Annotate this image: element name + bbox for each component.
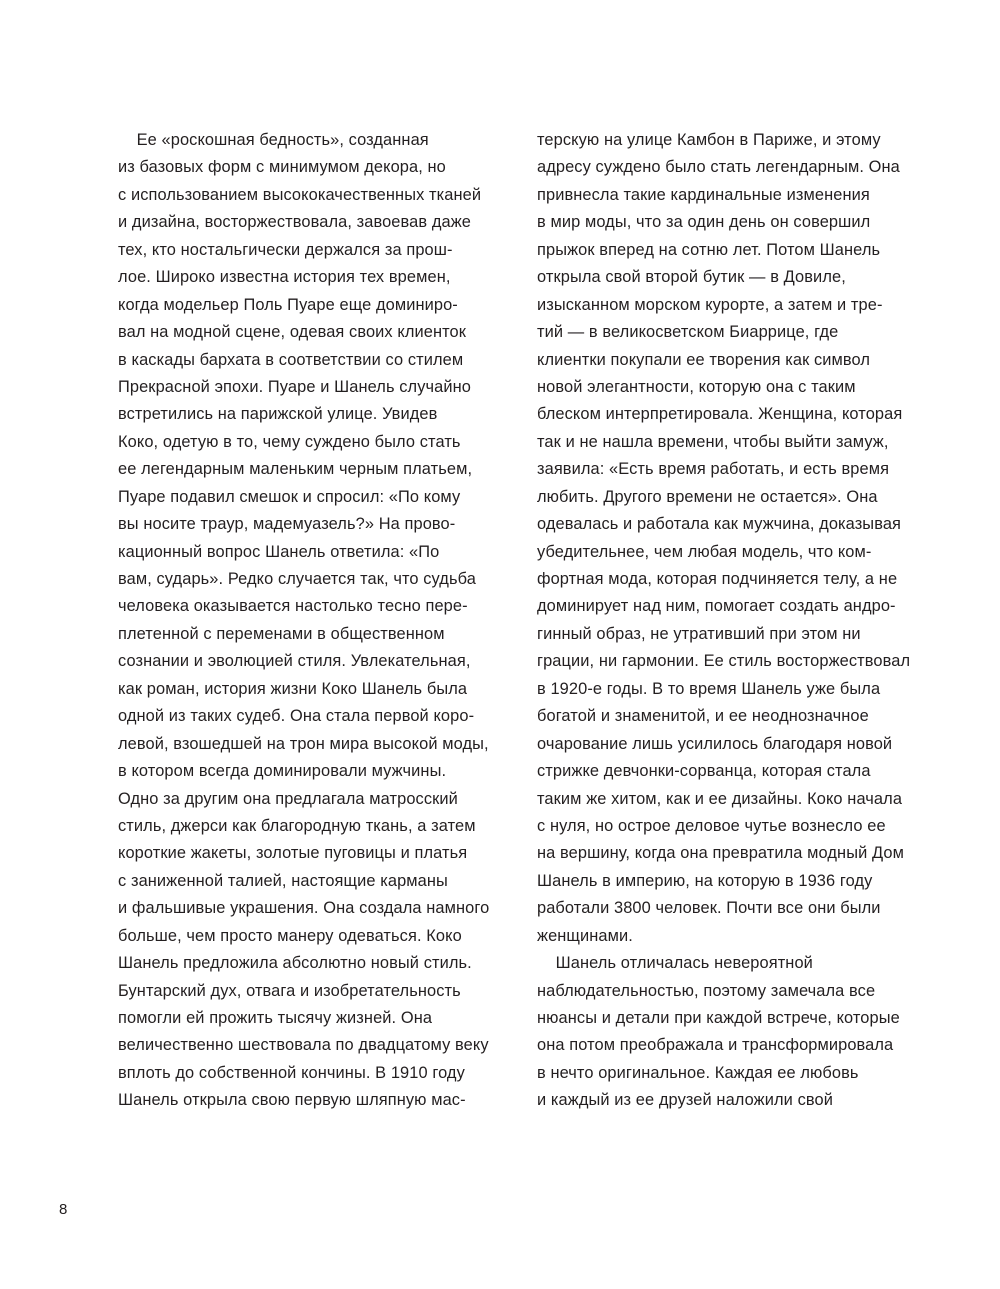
text-line: наблюдательностью, поэтому замечала все [537, 978, 907, 1005]
text-line: новой элегантности, которую она с таким [537, 374, 907, 401]
text-line: в нечто оригинальное. Каждая ее любовь [537, 1060, 907, 1087]
text-line: доминирует над ним, помогает создать анд… [537, 593, 907, 620]
text-line: сознании и эволюцией стиля. Увлекательна… [118, 648, 488, 675]
right-text-column: терскую на улице Камбон в Париже, и этом… [537, 127, 907, 1115]
text-line: как роман, история жизни Коко Шанель был… [118, 676, 488, 703]
text-line: тий — в великосветском Биаррице, где [537, 319, 907, 346]
text-line: человека оказывается настолько тесно пер… [118, 593, 488, 620]
text-line: одевалась и работала как мужчина, доказы… [537, 511, 907, 538]
text-line: помогли ей прожить тысячу жизней. Она [118, 1005, 488, 1032]
text-line: Коко, одетую в то, чему суждено было ста… [118, 429, 488, 456]
text-line: Шанель в империю, на которую в 1936 году [537, 868, 907, 895]
page-number: 8 [59, 1201, 67, 1218]
text-line: и каждый из ее друзей наложили свой [537, 1087, 907, 1114]
text-line: лое. Широко известна история тех времен, [118, 264, 488, 291]
text-line: Бунтарский дух, отвага и изобретательнос… [118, 978, 488, 1005]
text-line: изысканном морском курорте, а затем и тр… [537, 292, 907, 319]
text-line: стрижке девчонки-сорванца, которая стала [537, 758, 907, 785]
text-line: Прекрасной эпохи. Пуаре и Шанель случайн… [118, 374, 488, 401]
text-line: Одно за другим она предлагала матросский [118, 786, 488, 813]
text-line: терскую на улице Камбон в Париже, и этом… [537, 127, 907, 154]
left-text-column: Ее «роскошная бедность», созданнаяиз баз… [118, 127, 488, 1115]
text-line: больше, чем просто манеру одеваться. Кок… [118, 923, 488, 950]
text-line: нюансы и детали при каждой встрече, кото… [537, 1005, 907, 1032]
text-line: в 1920-е годы. В то время Шанель уже был… [537, 676, 907, 703]
text-line: величественно шествовала по двадцатому в… [118, 1032, 488, 1059]
text-line: вал на модной сцене, одевая своих клиент… [118, 319, 488, 346]
text-line: она потом преображала и трансформировала [537, 1032, 907, 1059]
text-line: заявила: «Есть время работать, и есть вр… [537, 456, 907, 483]
text-line: Шанель отличалась невероятной [537, 950, 907, 977]
text-line: клиентки покупали ее творения как символ [537, 347, 907, 374]
text-line: вам, сударь». Редко случается так, что с… [118, 566, 488, 593]
text-line: в мир моды, что за один день он совершил [537, 209, 907, 236]
text-line: встретились на парижской улице. Увидев [118, 401, 488, 428]
text-line: любить. Другого времени не остается». Он… [537, 484, 907, 511]
text-line: в котором всегда доминировали мужчины. [118, 758, 488, 785]
text-line: стиль, джерси как благородную ткань, а з… [118, 813, 488, 840]
text-line: убедительнее, чем любая модель, что ком- [537, 539, 907, 566]
text-line: вы носите траур, мадемуазель?» На прово- [118, 511, 488, 538]
text-line: Пуаре подавил смешок и спросил: «По кому [118, 484, 488, 511]
text-line: плетенной с переменами в общественном [118, 621, 488, 648]
text-line: с нуля, но острое деловое чутье вознесло… [537, 813, 907, 840]
text-line: очарование лишь усилилось благодаря ново… [537, 731, 907, 758]
text-line: богатой и знаменитой, и ее неоднозначное [537, 703, 907, 730]
text-line: блеском интерпретировала. Женщина, котор… [537, 401, 907, 428]
text-line: вплоть до собственной кончины. В 1910 го… [118, 1060, 488, 1087]
text-line: когда модельер Поль Пуаре еще доминиро- [118, 292, 488, 319]
text-line: и фальшивые украшения. Она создала намно… [118, 895, 488, 922]
text-line: левой, взошедшей на трон мира высокой мо… [118, 731, 488, 758]
text-line: с использованием высококачественных ткан… [118, 182, 488, 209]
text-line: короткие жакеты, золотые пуговицы и плат… [118, 840, 488, 867]
text-line: работали 3800 человек. Почти все они был… [537, 895, 907, 922]
text-line: в каскады бархата в соответствии со стил… [118, 347, 488, 374]
text-line: адресу суждено было стать легендарным. О… [537, 154, 907, 181]
text-line: ее легендарным маленьким черным платьем, [118, 456, 488, 483]
text-line: одной из таких судеб. Она стала первой к… [118, 703, 488, 730]
text-line: Ее «роскошная бедность», созданная [118, 127, 488, 154]
text-line: Шанель предложила абсолютно новый стиль. [118, 950, 488, 977]
text-line: прыжок вперед на сотню лет. Потом Шанель [537, 237, 907, 264]
text-line: и дизайна, восторжествовала, завоевав да… [118, 209, 488, 236]
text-line: кационный вопрос Шанель ответила: «По [118, 539, 488, 566]
text-line: грации, ни гармонии. Ее стиль восторжест… [537, 648, 907, 675]
text-line: тех, кто ностальгически держался за прош… [118, 237, 488, 264]
text-line: из базовых форм с минимумом декора, но [118, 154, 488, 181]
text-line: так и не нашла времени, чтобы выйти заму… [537, 429, 907, 456]
text-line: привнесла такие кардинальные изменения [537, 182, 907, 209]
text-line: с заниженной талией, настоящие карманы [118, 868, 488, 895]
text-line: Шанель открыла свою первую шляпную мас- [118, 1087, 488, 1114]
text-line: женщинами. [537, 923, 907, 950]
text-line: фортная мода, которая подчиняется телу, … [537, 566, 907, 593]
text-line: гинный образ, не утративший при этом ни [537, 621, 907, 648]
text-line: на вершину, когда она превратила модный … [537, 840, 907, 867]
text-line: таким же хитом, как и ее дизайны. Коко н… [537, 786, 907, 813]
text-line: открыла свой второй бутик — в Довиле, [537, 264, 907, 291]
